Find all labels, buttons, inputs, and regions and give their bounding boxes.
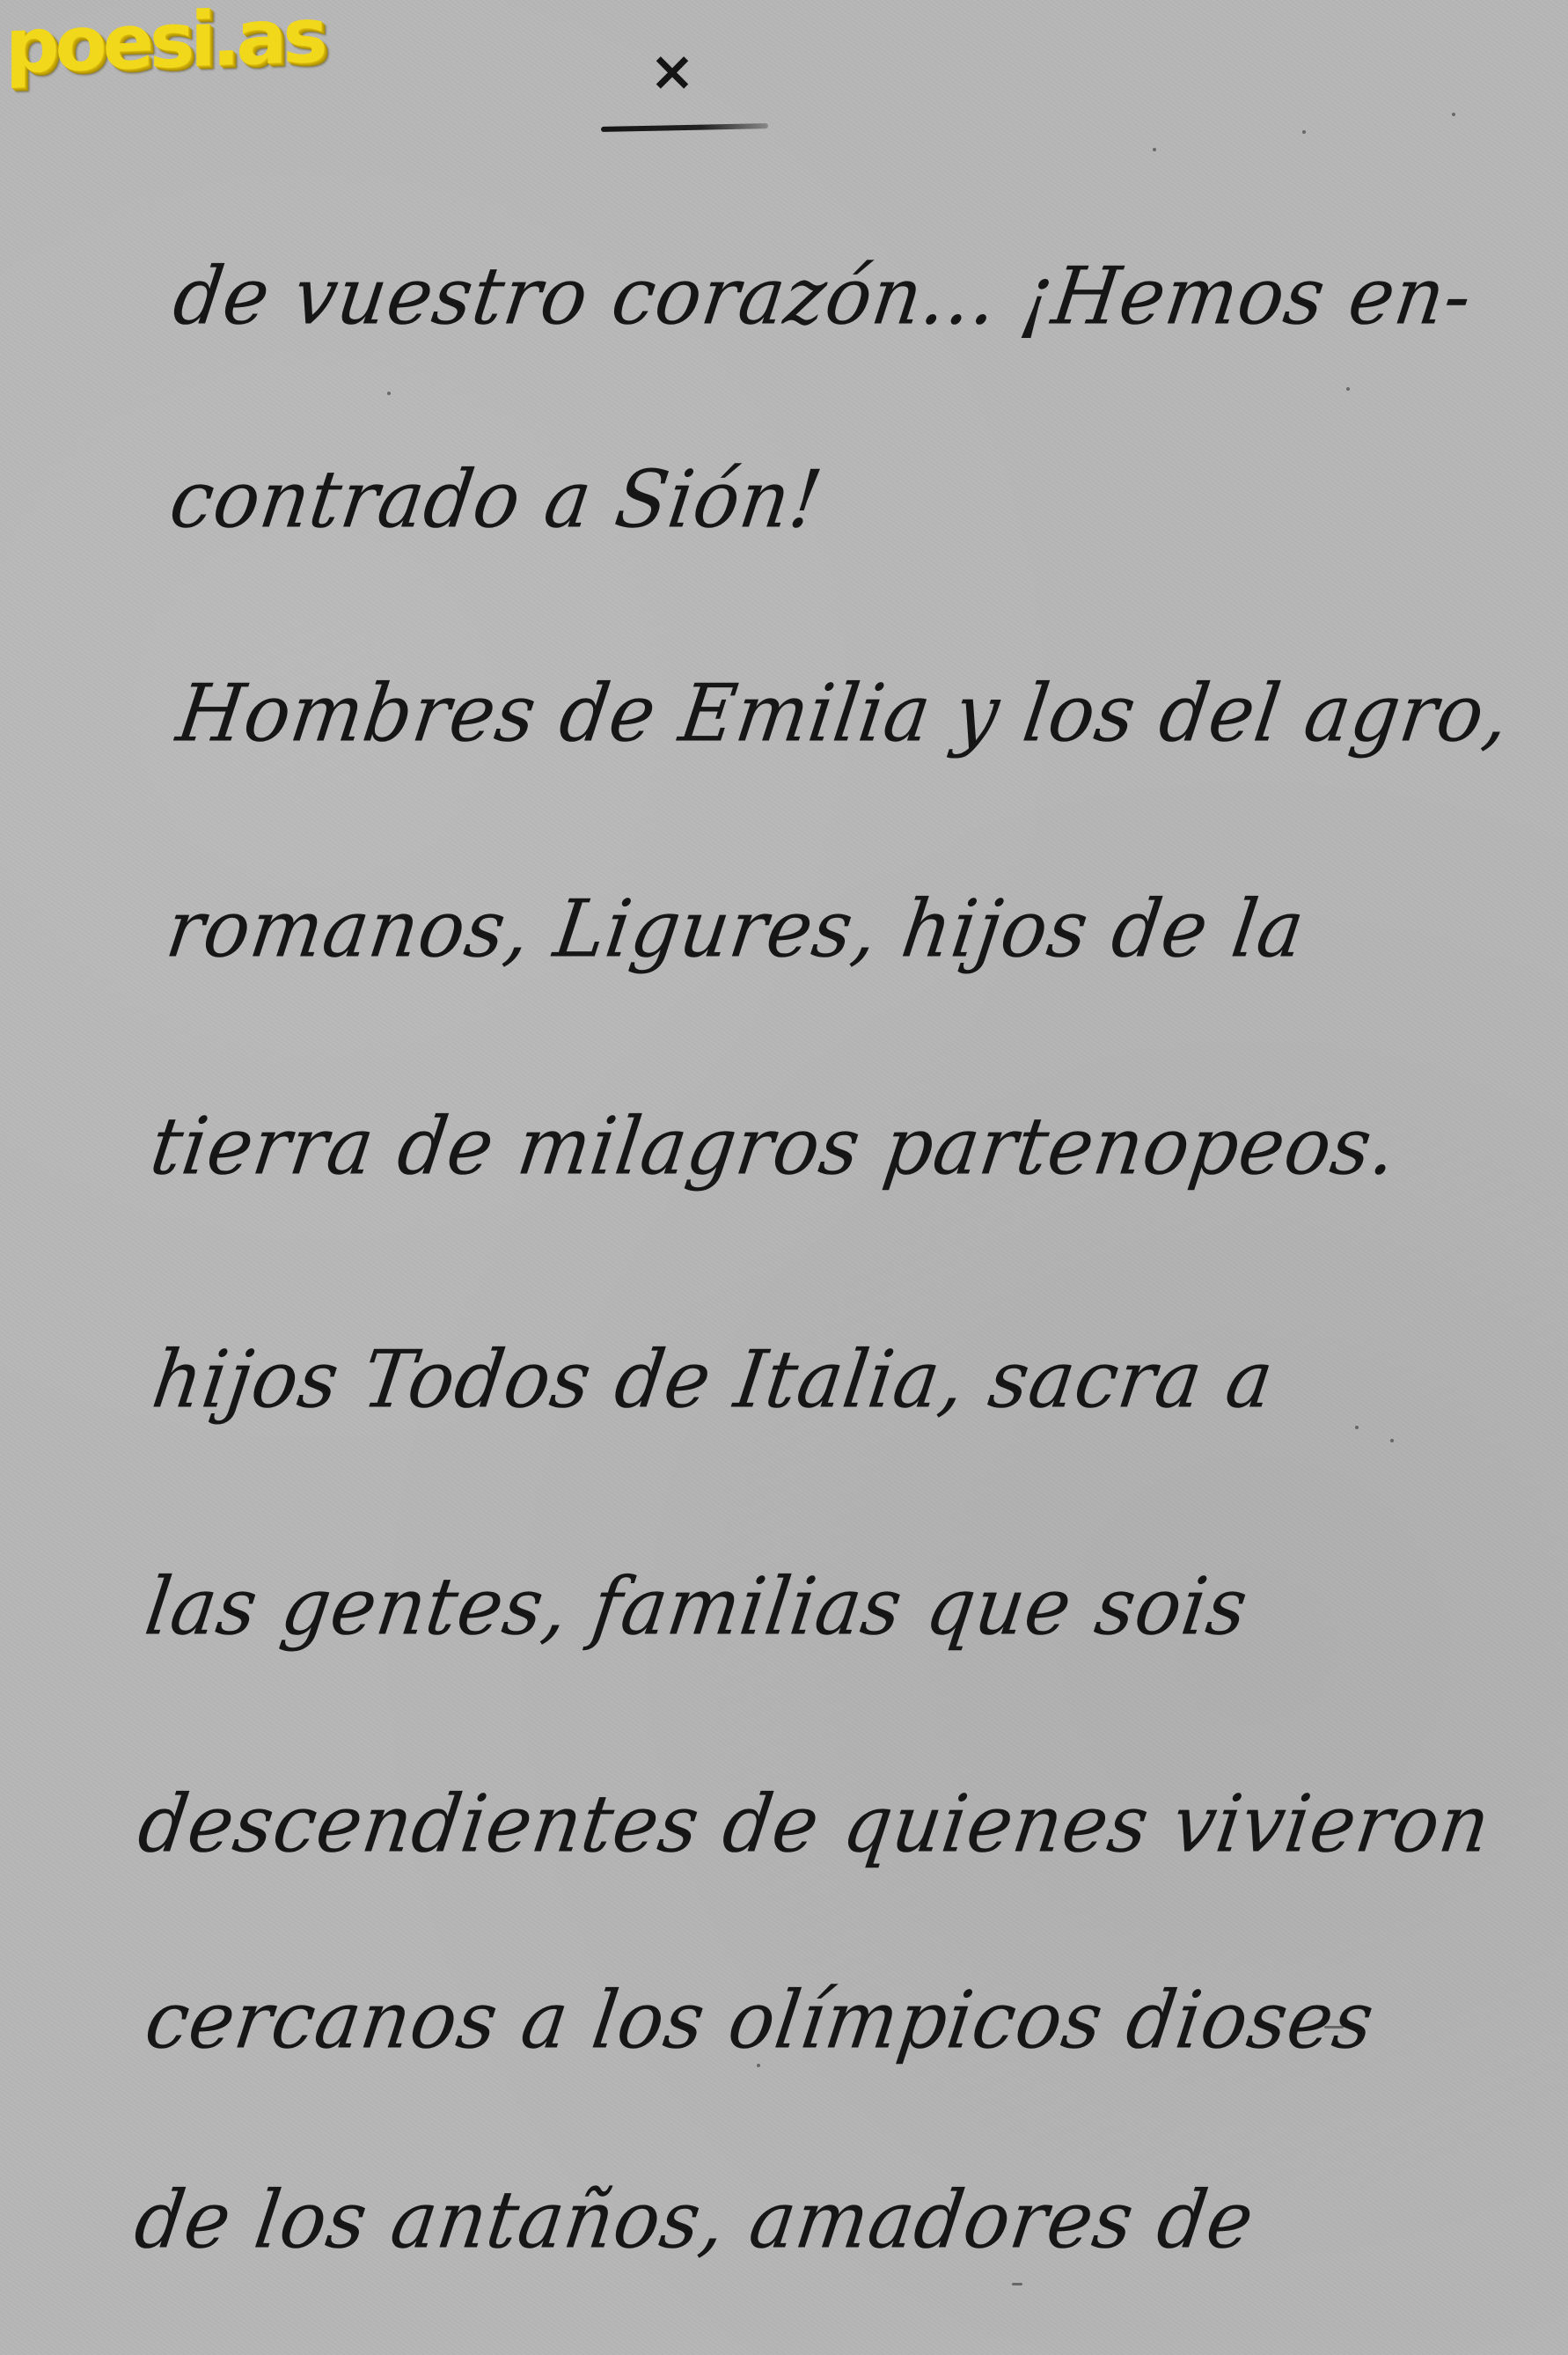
manuscript-line: Hombres de Emilia y los del agro, xyxy=(172,674,1514,753)
paper-speck xyxy=(1452,113,1455,116)
manuscript-line: las gentes, familias que sois xyxy=(141,1567,1253,1647)
manuscript-line: tierra de milagros partenopeos. xyxy=(146,1107,1402,1186)
manuscript-line: de los antaños, amadores de xyxy=(130,2181,1259,2260)
manuscript-line: romanos, Ligures, hijos de la xyxy=(162,890,1309,969)
paper-speck xyxy=(1390,1439,1394,1442)
handwritten-manuscript: de vuestro corazón... ¡Hemos en- contrad… xyxy=(0,0,1568,2355)
paper-speck xyxy=(757,2064,760,2067)
paper-speck xyxy=(387,392,391,395)
paper-speck xyxy=(1355,1426,1359,1429)
manuscript-line: de vuestro corazón... ¡Hemos en- xyxy=(169,257,1477,336)
paper-speck xyxy=(1346,387,1350,391)
manuscript-line: cercanos a los olímpicos dioses xyxy=(141,1981,1379,2060)
manuscript-line: contrado a Sión! xyxy=(165,460,827,539)
paper-speck xyxy=(1153,148,1156,151)
paper-speck xyxy=(1324,2026,1344,2029)
paper-speck xyxy=(1012,2283,1022,2285)
paper-speck xyxy=(1302,130,1306,134)
manuscript-line: hijos Todos de Italia, sacra a xyxy=(148,1340,1279,1420)
manuscript-line: descendientes de quienes vivieron xyxy=(134,1785,1495,1864)
